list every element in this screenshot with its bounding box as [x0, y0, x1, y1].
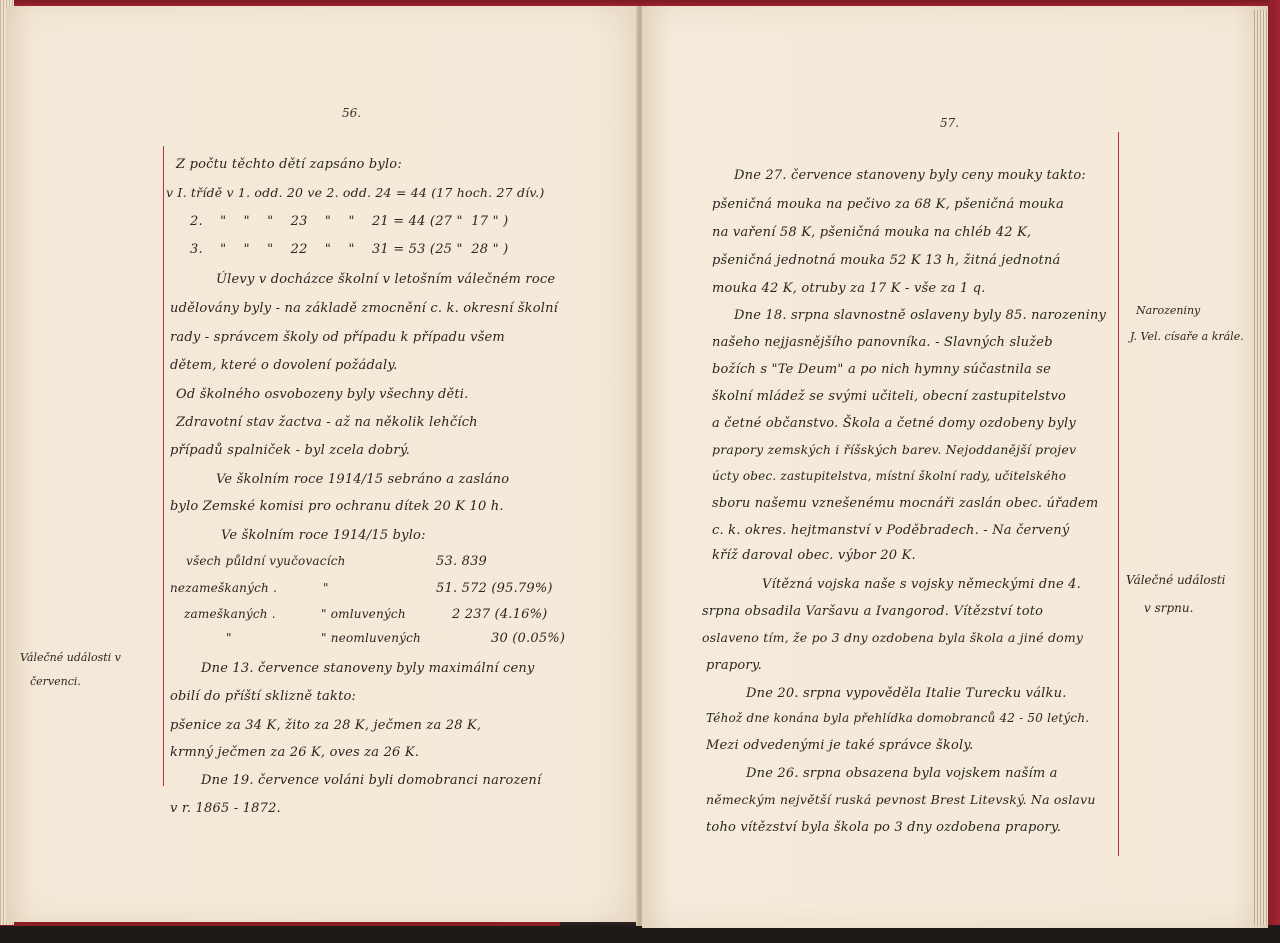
- text-line: krmný ječmen za 26 K, oves za 26 K.: [170, 746, 419, 759]
- text-line: toho vítězství byla škola po 3 dny ozdob…: [706, 821, 1061, 834]
- right-page: 57. Dne 27. července stanoveny byly ceny…: [642, 6, 1268, 928]
- text-line: případů spalniček - byl zcela dobrý.: [170, 444, 410, 457]
- table-value: 53. 839: [436, 555, 487, 568]
- text-line: 2. " " " 23 " " 21 = 44 (27 " 17 " ): [190, 215, 508, 228]
- text-line: Dne 26. srpna obsazena byla vojskem naší…: [746, 767, 1058, 780]
- table-label: ": [226, 632, 232, 644]
- table-sub: " omluvených: [321, 608, 406, 620]
- text-line: Od školného osvobozeny byly všechny děti…: [176, 388, 469, 401]
- table-value: 30 (0.05%): [491, 632, 565, 645]
- text-line: srpna obsadila Varšavu a Ivangorod. Vítě…: [702, 605, 1043, 618]
- margin-note-line: J. Vel. císaře a krále.: [1130, 324, 1244, 350]
- text-line: Dne 27. července stanoveny byly ceny mou…: [734, 169, 1086, 182]
- margin-note: Válečné události v červenci.: [20, 646, 121, 694]
- text-line: v I. třídě v 1. odd. 20 ve 2. odd. 24 = …: [166, 187, 544, 200]
- text-line: a četné občanstvo. Škola a četné domy oz…: [712, 417, 1076, 430]
- text-line: udělovány byly - na základě zmocnění c. …: [170, 302, 558, 315]
- margin-note-war-events: Válečné události v srpnu.: [1126, 566, 1225, 622]
- text-line: úcty obec. zastupitelstva, místní školní…: [712, 470, 1066, 482]
- text-line: Dne 13. července stanoveny byly maximáln…: [201, 662, 535, 675]
- text-line: pšeničná jednotná mouka 52 K 13 h, žitná…: [712, 254, 1060, 267]
- margin-rule: [1118, 132, 1119, 856]
- text-line: sboru našemu vznešenému mocnáři zaslán o…: [712, 497, 1098, 510]
- margin-note-birthday: Narozeniny J. Vel. císaře a krále.: [1130, 298, 1244, 350]
- text-line: c. k. okres. hejtmanství v Poděbradech. …: [712, 524, 1069, 537]
- margin-note-line: v srpnu.: [1126, 594, 1225, 622]
- text-line: německým největší ruská pevnost Brest Li…: [706, 794, 1096, 807]
- margin-note-line: červenci.: [20, 670, 121, 694]
- table-label: všech půldní vyučovacích: [186, 555, 346, 567]
- page-stack-right: [1254, 10, 1268, 925]
- text-line: Dne 18. srpna slavnostně oslaveny byly 8…: [734, 309, 1106, 322]
- text-line: v r. 1865 - 1872.: [170, 802, 281, 815]
- text-line: dětem, které o dovolení požádaly.: [170, 359, 397, 372]
- book-cover-right: [1268, 0, 1280, 943]
- text-line: pšeničná mouka na pečivo za 68 K, pšenič…: [712, 198, 1064, 211]
- text-line: na vaření 58 K, pšeničná mouka na chléb …: [712, 226, 1031, 239]
- text-line: Vítězná vojska naše s vojsky německými d…: [762, 578, 1081, 591]
- text-line: Ve školním roce 1914/15 bylo:: [221, 529, 426, 542]
- page-number: 57.: [940, 116, 959, 130]
- table-value: 51. 572 (95.79%): [436, 582, 553, 595]
- table-sub: " neomluvených: [321, 632, 421, 644]
- text-line: prapory zemských i říšských barev. Nejod…: [712, 444, 1076, 457]
- text-line: prapory.: [706, 659, 762, 672]
- text-line: Dne 19. července voláni byli domobranci …: [201, 774, 541, 787]
- text-line: božích s "Te Deum" a po nich hymny súčas…: [712, 363, 1051, 376]
- text-line: oslaveno tím, že po 3 dny ozdobena byla …: [702, 632, 1083, 645]
- text-line: Téhož dne konána byla přehlídka domobran…: [706, 712, 1089, 724]
- text-line: Zdravotní stav žactva - až na několik le…: [176, 416, 478, 429]
- table-label: nezameškaných .: [170, 582, 277, 594]
- margin-note-line: Narozeniny: [1130, 298, 1244, 324]
- page-number: 56.: [342, 106, 361, 120]
- text-line: Mezi odvedenými je také správce školy.: [706, 739, 974, 752]
- text-line: Úlevy v docházce školní v letošním váleč…: [216, 273, 555, 286]
- text-line: Dne 20. srpna vypověděla Italie Turecku …: [746, 687, 1067, 700]
- margin-note-line: Válečné události: [1126, 566, 1225, 594]
- text-line: našeho nejjasnějšího panovníka. - Slavný…: [712, 336, 1053, 349]
- margin-note-line: Válečné události v: [20, 646, 121, 670]
- text-line: Z počtu těchto dětí zapsáno bylo:: [176, 158, 402, 171]
- text-line: mouka 42 K, otruby za 17 K - vše za 1 q.: [712, 282, 986, 295]
- left-page: 56. Z počtu těchto dětí zapsáno bylo: v …: [6, 6, 638, 922]
- margin-rule: [163, 146, 164, 786]
- table-value: 2 237 (4.16%): [452, 608, 547, 621]
- text-line: pšenice za 34 K, žito za 28 K, ječmen za…: [170, 719, 481, 732]
- text-line: Ve školním roce 1914/15 sebráno a zaslán…: [216, 473, 509, 486]
- text-line: 3. " " " 22 " " 31 = 53 (25 " 28 " ): [190, 243, 508, 256]
- table-label: zameškaných .: [184, 608, 276, 620]
- text-line: kříž daroval obec. výbor 20 K.: [712, 549, 916, 562]
- table-sub: ": [323, 582, 329, 594]
- text-line: rady - správcem školy od případu k přípa…: [170, 331, 505, 344]
- text-line: bylo Zemské komisi pro ochranu dítek 20 …: [170, 500, 504, 513]
- text-line: školní mládež se svými učiteli, obecní z…: [712, 390, 1066, 403]
- text-line: obilí do příští sklizně takto:: [170, 690, 356, 703]
